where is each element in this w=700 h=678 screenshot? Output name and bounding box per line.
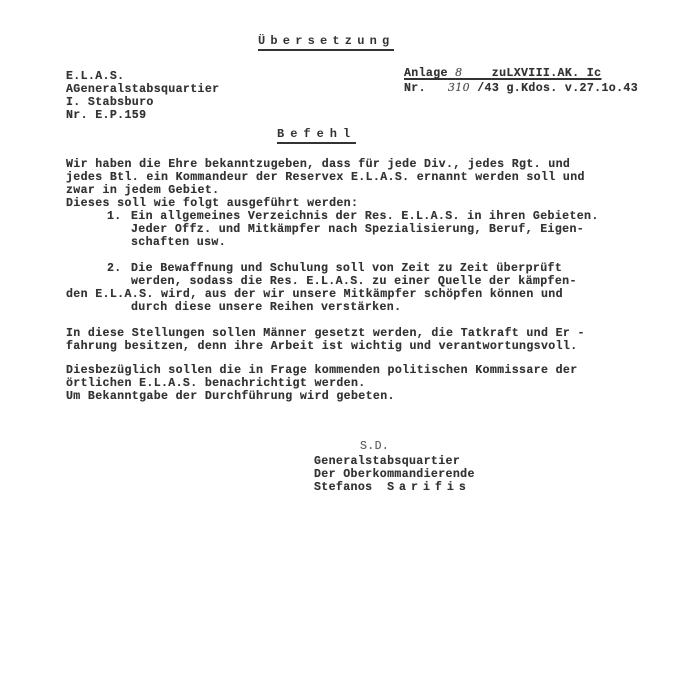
- paragraph-line: In diese Stellungen sollen Männer gesetz…: [66, 327, 585, 340]
- paragraph-line: fahrung besitzen, denn ihre Arbeit ist w…: [66, 340, 578, 353]
- list-item-line: Ein allgemeines Verzeichnis der Res. E.L…: [131, 210, 599, 223]
- list-item-number: 1.: [107, 210, 122, 223]
- list-item-line: den E.L.A.S. wird, aus der wir unsere Mi…: [66, 288, 563, 301]
- intro-line: zwar in jedem Gebiet.: [66, 184, 219, 197]
- paragraph-line: örtlichen E.L.A.S. benachrichtigt werden…: [66, 377, 366, 390]
- sender-headquarters: AGeneralstabsquartier: [66, 83, 219, 96]
- signature-sd: S.D.: [360, 440, 389, 453]
- number-label: Nr.: [404, 82, 426, 95]
- intro-line: Dieses soll wie folgt ausgeführt werden:: [66, 197, 358, 210]
- list-item-number: 2.: [107, 262, 122, 275]
- intro-line: Wir haben die Ehre bekanntzugeben, dass …: [66, 158, 570, 171]
- signature-role: Der Oberkommandierende: [314, 468, 475, 481]
- signature-last-name: Sarifis: [387, 481, 471, 494]
- number-handwritten: 310: [448, 81, 470, 94]
- sender-reference: Nr. E.P.159: [66, 109, 146, 122]
- paragraph-line: Diesbezüglich sollen die in Frage kommen…: [66, 364, 578, 377]
- order-heading: Befehl: [277, 127, 356, 144]
- signature-office: Generalstabsquartier: [314, 455, 460, 468]
- annex-number: 8: [455, 66, 462, 79]
- list-item-line: schaften usw.: [131, 236, 226, 249]
- sender-org: E.L.A.S.: [66, 70, 124, 83]
- annex-reference: zuLXVIII.AK. Ic: [492, 67, 602, 80]
- list-item-line: Jeder Offz. und Mitkämpfer nach Speziali…: [131, 223, 584, 236]
- list-item-line: Die Bewaffnung und Schulung soll von Zei…: [131, 262, 562, 275]
- number-line: Nr. 310 /43 g.Kdos. v.27.1o.43: [404, 81, 638, 95]
- annex-line: Anlage 8 zuLXVIII.AK. Ic: [404, 66, 601, 80]
- document-title: Übersetzung: [258, 34, 394, 51]
- number-reference: /43 g.Kdos. v.27.1o.43: [477, 82, 638, 95]
- paragraph-line: Um Bekanntgabe der Durchführung wird geb…: [66, 390, 395, 403]
- signature-first-name: Stefanos: [314, 481, 372, 494]
- annex-label: Anlage: [404, 67, 448, 80]
- document-page: Übersetzung E.L.A.S. AGeneralstabsquarti…: [0, 0, 700, 678]
- intro-line: jedes Btl. ein Kommandeur der Reservex E…: [66, 171, 585, 184]
- signature-name: Stefanos Sarifis: [314, 481, 471, 494]
- sender-office: I. Stabsburo: [66, 96, 154, 109]
- list-item-line: werden, sodass die Res. E.L.A.S. zu eine…: [131, 275, 577, 288]
- list-item-line: durch diese unsere Reihen verstärken.: [131, 301, 401, 314]
